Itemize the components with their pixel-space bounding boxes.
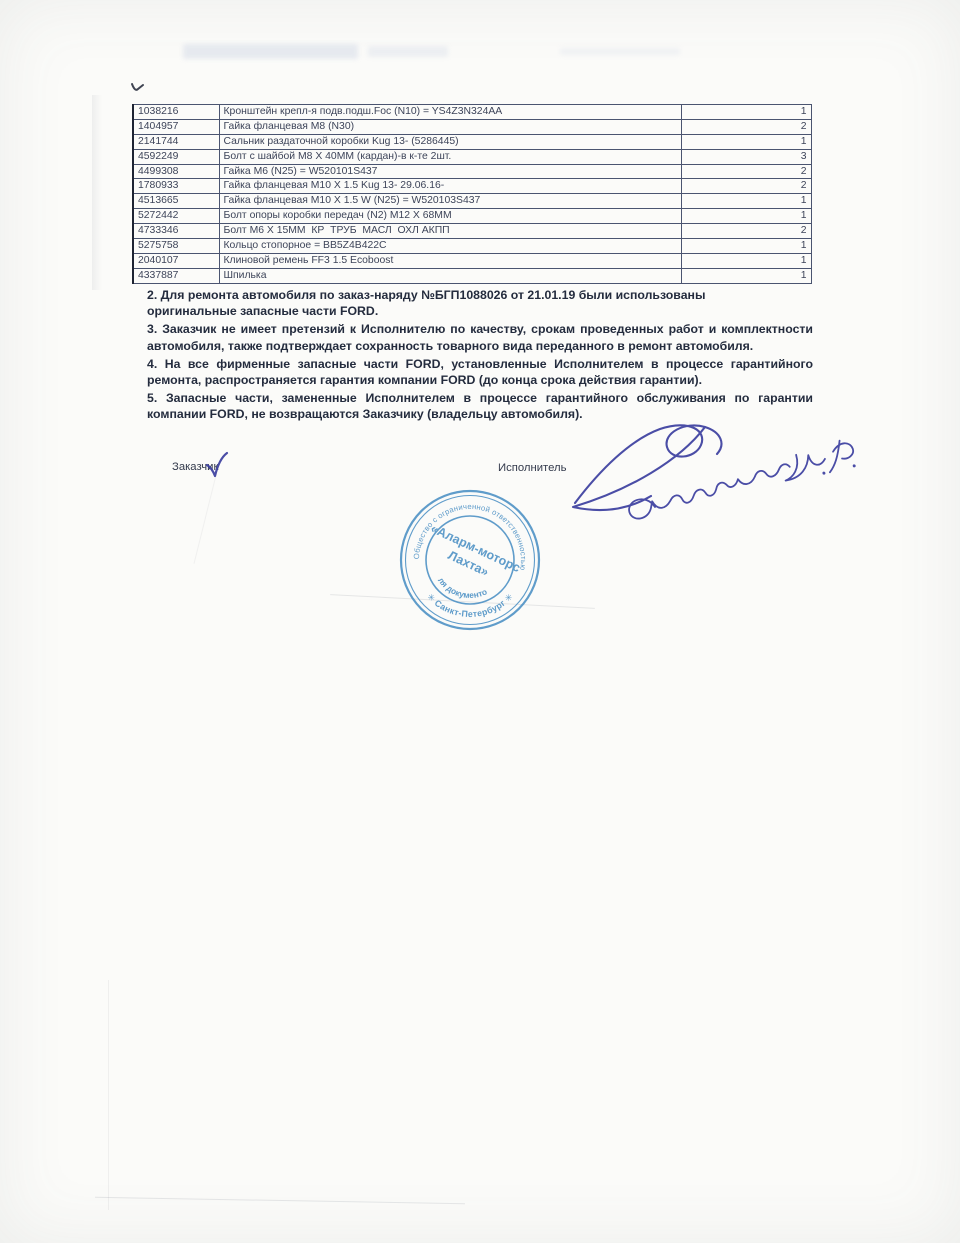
parts-table: 1038216Кронштейн крепл-я подв.подш.Foc (… bbox=[132, 104, 812, 284]
part-qty-cell: 1 bbox=[681, 239, 811, 254]
company-stamp: Общество с ограниченной ответственностью… bbox=[395, 485, 545, 635]
part-code-cell: 5275758 bbox=[133, 239, 219, 254]
clause-line: автомобиля, также подтверждает сохраннос… bbox=[147, 338, 813, 354]
clause-paragraph-4: 4. На все фирменные запасные части FORD,… bbox=[147, 356, 813, 389]
table-row: 4733346Болт М6 Х 15ММ КР ТРУБ МАСЛ ОХЛ А… bbox=[133, 224, 811, 239]
signature-initials-stroke bbox=[826, 439, 856, 472]
part-name-cell: Сальник раздаточной коробки Kug 13- (528… bbox=[219, 134, 681, 149]
paper-crease bbox=[194, 471, 218, 563]
signature-dot bbox=[853, 464, 856, 467]
part-code-cell: 4499308 bbox=[133, 164, 219, 179]
clause-line: 4. На все фирменные запасные части FORD,… bbox=[147, 356, 813, 372]
table-row: 1404957Гайка фланцевая М8 (N30)2 bbox=[133, 119, 811, 134]
part-qty-cell: 2 bbox=[681, 224, 811, 239]
table-row: 4592249Болт с шайбой М8 Х 40ММ (кардан)-… bbox=[133, 149, 811, 164]
ink-mark bbox=[129, 80, 147, 96]
part-qty-cell: 2 bbox=[681, 119, 811, 134]
part-qty-cell: 2 bbox=[681, 164, 811, 179]
clause-line: 2. Для ремонта автомобиля по заказ-наряд… bbox=[147, 287, 813, 303]
table-row: 1038216Кронштейн крепл-я подв.подш.Foc (… bbox=[133, 105, 811, 120]
clause-line: 5. Запасные части, замененные Исполнител… bbox=[147, 390, 813, 406]
clause-line: ремонта, распространяется гарантия компа… bbox=[147, 372, 813, 388]
scanned-document-page: 1038216Кронштейн крепл-я подв.подш.Foc (… bbox=[0, 0, 960, 1243]
scan-ghost-text-artifact bbox=[368, 46, 448, 57]
table-row: 4513665Гайка фланцевая М10 Х 1.5 W (N25)… bbox=[133, 194, 811, 209]
paper-crease bbox=[108, 980, 109, 1210]
part-name-cell: Болт М6 Х 15ММ КР ТРУБ МАСЛ ОХЛ АКПП bbox=[219, 224, 681, 239]
table-row: 4499308Гайка М6 (N25) = W520101S4372 bbox=[133, 164, 811, 179]
clause-paragraph-2: 2. Для ремонта автомобиля по заказ-наряд… bbox=[147, 287, 813, 320]
part-code-cell: 4513665 bbox=[133, 194, 219, 209]
part-code-cell: 5272442 bbox=[133, 209, 219, 224]
part-qty-cell: 1 bbox=[681, 268, 811, 283]
part-code-cell: 4337887 bbox=[133, 268, 219, 283]
scan-edge-shadow bbox=[92, 95, 102, 290]
part-name-cell: Кольцо стопорное = BB5Z4B422C bbox=[219, 239, 681, 254]
part-name-cell: Гайка фланцевая М10 Х 1.5 W (N25) = W520… bbox=[219, 194, 681, 209]
customer-checkmark-ink bbox=[204, 450, 230, 480]
part-qty-cell: 1 bbox=[681, 194, 811, 209]
part-name-cell: Болт с шайбой М8 Х 40ММ (кардан)-в к-те … bbox=[219, 149, 681, 164]
signature-flourish bbox=[575, 425, 721, 503]
part-code-cell: 1404957 bbox=[133, 119, 219, 134]
part-qty-cell: 1 bbox=[681, 134, 811, 149]
table-row: 1780933Гайка фланцевая М10 Х 1.5 Kug 13-… bbox=[133, 179, 811, 194]
contractor-signature-ink bbox=[555, 415, 865, 530]
scan-ghost-text-artifact bbox=[183, 44, 358, 59]
clause-line: оригинальные запасные части FORD. bbox=[147, 303, 813, 319]
table-row: 5275758Кольцо стопорное = BB5Z4B422C1 bbox=[133, 239, 811, 254]
part-name-cell: Шпилька bbox=[219, 268, 681, 283]
part-name-cell: Клиновой ремень FF3 1.5 Ecoboost bbox=[219, 253, 681, 268]
part-name-cell: Кронштейн крепл-я подв.подш.Foc (N10) = … bbox=[219, 105, 681, 120]
part-code-cell: 4733346 bbox=[133, 224, 219, 239]
part-code-cell: 4592249 bbox=[133, 149, 219, 164]
clause-line: 3. Заказчик не имеет претензий к Исполни… bbox=[147, 321, 813, 337]
checkmark-stroke bbox=[207, 453, 227, 476]
part-code-cell: 2141744 bbox=[133, 134, 219, 149]
part-name-cell: Гайка М6 (N25) = W520101S437 bbox=[219, 164, 681, 179]
table-row: 2040107Клиновой ремень FF3 1.5 Ecoboost1 bbox=[133, 253, 811, 268]
clause-paragraph-3: 3. Заказчик не имеет претензий к Исполни… bbox=[147, 321, 813, 354]
signature-dot bbox=[822, 471, 825, 474]
part-qty-cell: 2 bbox=[681, 179, 811, 194]
part-code-cell: 2040107 bbox=[133, 253, 219, 268]
part-name-cell: Гайка фланцевая М8 (N30) bbox=[219, 119, 681, 134]
part-qty-cell: 1 bbox=[681, 253, 811, 268]
scan-ghost-text-artifact bbox=[560, 48, 680, 55]
part-qty-cell: 1 bbox=[681, 105, 811, 120]
table-row: 2141744Сальник раздаточной коробки Kug 1… bbox=[133, 134, 811, 149]
part-name-cell: Болт опоры коробки передач (N2) М12 Х 68… bbox=[219, 209, 681, 224]
part-qty-cell: 3 bbox=[681, 149, 811, 164]
table-row: 4337887Шпилька1 bbox=[133, 268, 811, 283]
paper-crease bbox=[95, 1197, 465, 1204]
contract-clauses: 2. Для ремонта автомобиля по заказ-наряд… bbox=[147, 287, 813, 424]
ink-mark-stroke bbox=[132, 84, 143, 90]
part-qty-cell: 1 bbox=[681, 209, 811, 224]
part-name-cell: Гайка фланцевая М10 Х 1.5 Kug 13- 29.06.… bbox=[219, 179, 681, 194]
part-code-cell: 1038216 bbox=[133, 105, 219, 120]
part-code-cell: 1780933 bbox=[133, 179, 219, 194]
table-row: 5272442Болт опоры коробки передач (N2) М… bbox=[133, 209, 811, 224]
